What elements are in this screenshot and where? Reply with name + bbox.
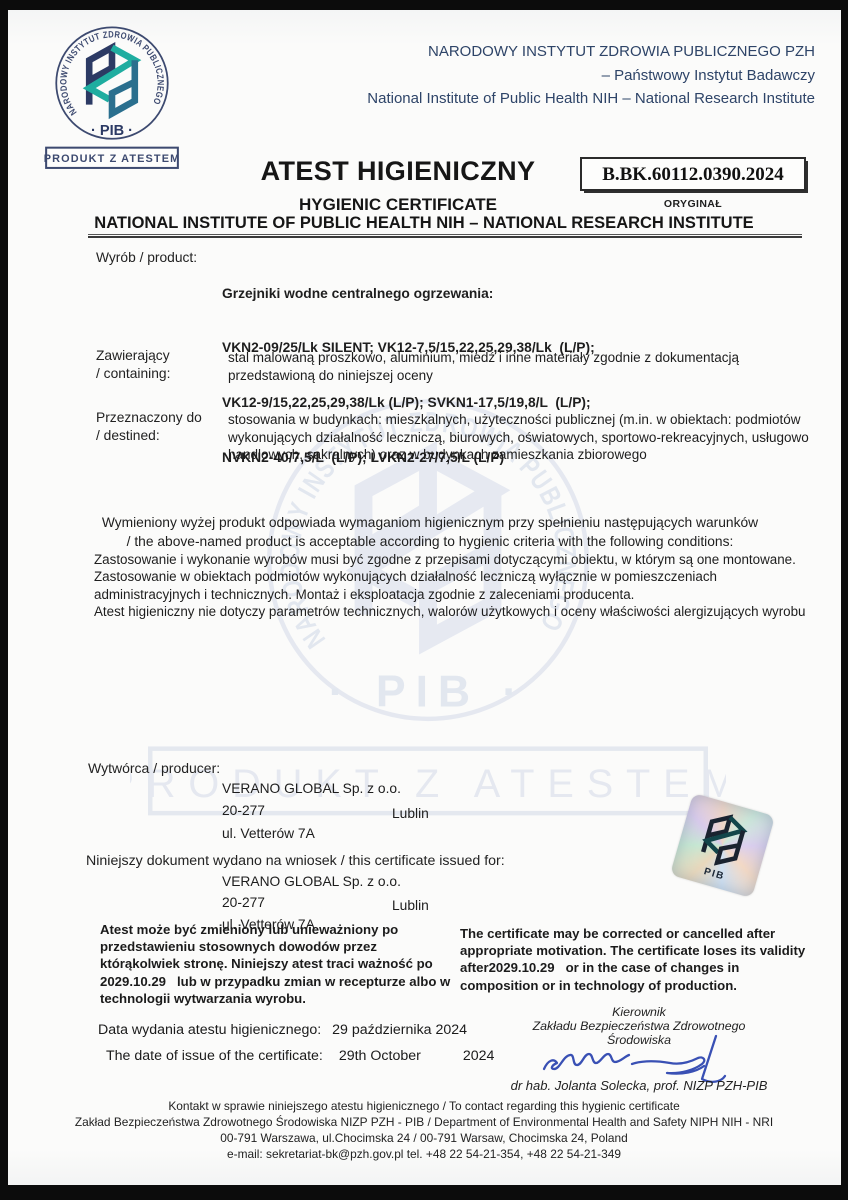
conditions-intro-pl: Wymieniony wyżej produkt odpowiada wymag…	[96, 514, 764, 533]
producer-postal: 20-277	[222, 802, 265, 820]
footer-contact: Kontakt w sprawie niniejszego atestu hig…	[38, 1099, 810, 1163]
issue-date-value-en: 29th October	[339, 1048, 421, 1064]
containing-value: stal malowaną proszkowo, aluminium, mied…	[228, 349, 804, 384]
conditions-text: Zastosowanie i wykonanie wyrobów musi by…	[94, 551, 808, 621]
producer-name: VERANO GLOBAL Sp. z o.o.	[222, 780, 401, 798]
pzh-monogram-icon	[89, 48, 135, 114]
producer-city: Lublin	[392, 805, 429, 823]
producer-street: ul. Vetterów 7A	[222, 825, 315, 843]
footer-line-3: 00-791 Warszawa, ul.Chocimska 24 / 00-79…	[38, 1131, 810, 1147]
institute-name-en: National Institute of Public Health NIH …	[367, 87, 815, 111]
destined-label-pl: Przeznaczony do	[96, 409, 202, 427]
hologram-pib-label: PIB	[703, 866, 726, 882]
product-heading: Grzejniki wodne centralnego ogrzewania:	[222, 285, 788, 303]
certificate-title: ATEST HIGIENICZNY	[158, 156, 638, 187]
certificate-number-box: B.BK.60112.0390.2024	[580, 157, 806, 191]
applicant-city: Lublin	[392, 897, 429, 915]
certificate-page: NARODOWY INSTYTUT ZDROWIA PUBLICZNEGO · …	[8, 10, 841, 1185]
product-line-2: VK12-9/15,22,25,29,38/Lk (L/P); SVKN1-17…	[222, 394, 788, 412]
institute-header: NARODOWY INSTYTUT ZDROWIA PUBLICZNEGO PZ…	[367, 40, 815, 111]
destined-label-en: / destined:	[96, 427, 202, 445]
containing-label-en: / containing:	[96, 365, 170, 383]
producer-label: Wytwórca / producer:	[88, 760, 220, 778]
issue-date-value-pl: 29 października 2024	[332, 1022, 467, 1038]
certificate-subtitle-institute: NATIONAL INSTITUTE OF PUBLIC HEALTH NIH …	[28, 214, 820, 233]
hologram-sticker: PIB	[670, 793, 775, 898]
footer-line-4: e-mail: sekretariat-bk@pzh.gov.pl tel. +…	[38, 1147, 810, 1163]
product-label: Wyrób / product:	[96, 249, 197, 267]
signatory-role-1: Kierownik	[478, 1006, 800, 1020]
validity-text-en: The certificate may be corrected or canc…	[460, 925, 812, 994]
institute-name-pl-1: NARODOWY INSTYTUT ZDROWIA PUBLICZNEGO PZ…	[367, 40, 815, 64]
conditions-intro-en: / the above-named product is acceptable …	[96, 533, 764, 552]
conditions-intro: Wymieniony wyżej produkt odpowiada wymag…	[96, 514, 764, 551]
certificate-number: B.BK.60112.0390.2024	[602, 164, 784, 185]
applicant-postal: 20-277	[222, 894, 265, 912]
title-divider	[88, 234, 802, 238]
issue-year-en: 2024	[463, 1048, 495, 1064]
issued-for-label: Niniejszy dokument wydano na wniosek / t…	[86, 853, 505, 871]
issue-date-label-pl: Data wydania atestu higienicznego:	[98, 1022, 321, 1038]
destined-value: stosowania w budynkach: mieszkalnych, uż…	[228, 411, 814, 464]
issue-date-row-en: The date of issue of the certificate: 29…	[106, 1048, 494, 1064]
conditions-note: Atest higieniczny nie dotyczy parametrów…	[94, 603, 808, 620]
conditions-body-text: Zastosowanie i wykonanie wyrobów musi by…	[94, 551, 808, 603]
pzh-logo-badge: NARODOWY INSTYTUT ZDROWIA PUBLICZNEGO · …	[36, 22, 188, 172]
containing-label: Zawierający / containing:	[96, 347, 170, 382]
certificate-subtitle-en: HYGIENIC CERTIFICATE	[158, 195, 638, 215]
footer-line-1: Kontakt w sprawie niniejszego atestu hig…	[38, 1099, 810, 1115]
destined-label: Przeznaczony do / destined:	[96, 409, 202, 444]
footer-line-2: Zakład Bezpieczeństwa Zdrowotnego Środow…	[38, 1115, 810, 1131]
hologram-pzh-monogram	[694, 806, 754, 873]
signatory-name: dr hab. Jolanta Solecka, prof. NIZP PZH-…	[476, 1078, 802, 1093]
issue-date-label-en: The date of issue of the certificate:	[106, 1048, 323, 1064]
validity-text-pl: Atest może być zmieniony lub unieważnion…	[100, 921, 458, 1007]
institute-name-pl-2: – Państwowy Instytut Badawczy	[367, 64, 815, 88]
containing-label-pl: Zawierający	[96, 347, 170, 365]
signatory-role-2: Zakładu Bezpieczeństwa Zdrowotnego	[478, 1020, 800, 1034]
watermark-pib-label: · PIB ·	[329, 667, 527, 716]
issue-date-row-pl: Data wydania atestu higienicznego: 29 pa…	[98, 1022, 467, 1038]
logo-pib-label: · PIB ·	[91, 123, 133, 139]
applicant-name: VERANO GLOBAL Sp. z o.o.	[222, 873, 401, 891]
